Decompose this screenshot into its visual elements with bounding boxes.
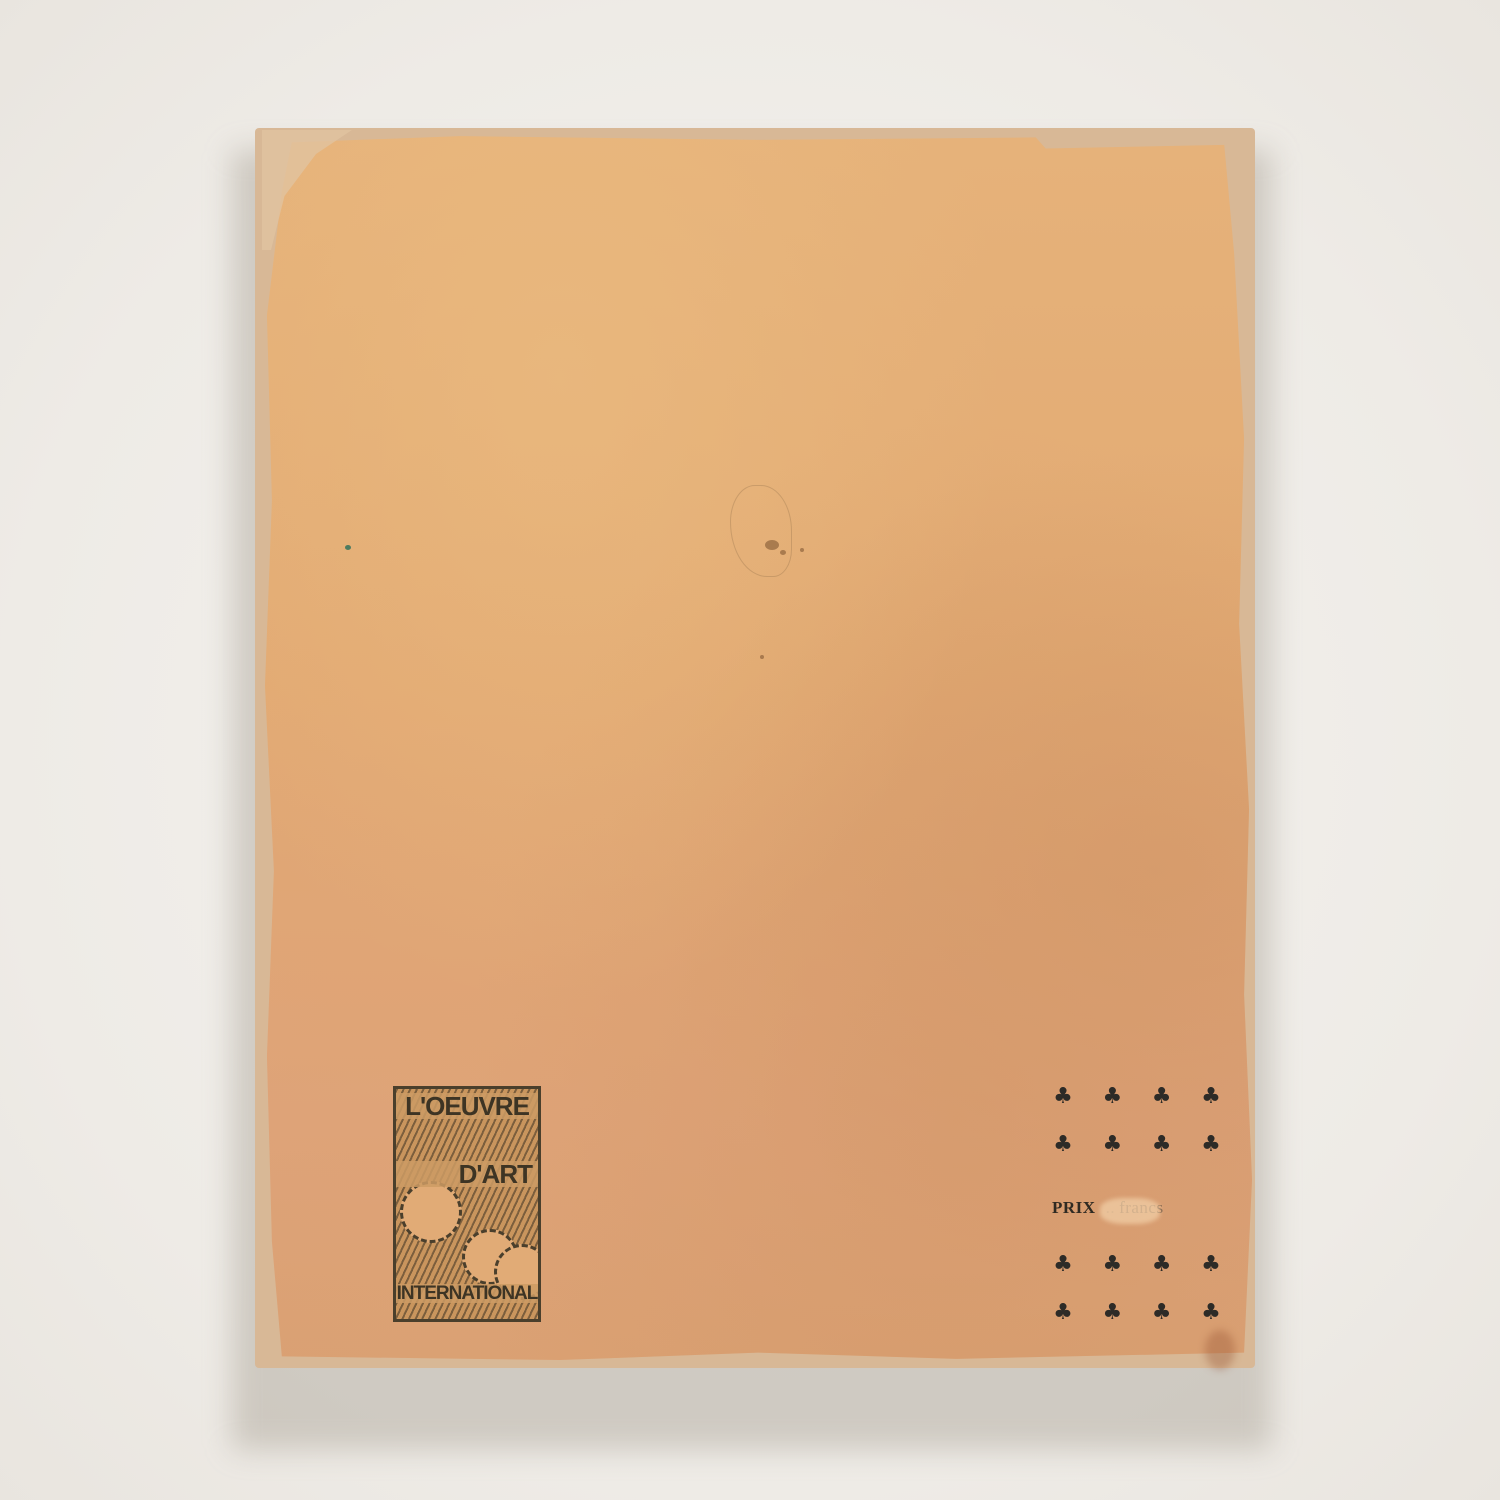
paper-tear: [1100, 1198, 1160, 1224]
club-ornament-icon: ♣: [1101, 1254, 1123, 1276]
ornament-row: ♣ ♣ ♣ ♣: [1052, 1086, 1222, 1108]
ornament-row: ♣ ♣ ♣ ♣: [1052, 1302, 1222, 1324]
club-ornament-icon: ♣: [1200, 1254, 1222, 1276]
damp-stain: [1205, 1330, 1235, 1370]
club-ornament-icon: ♣: [1200, 1302, 1222, 1324]
logo-text-line1: L'OEUVRE: [396, 1093, 538, 1119]
logo-text-line2: D'ART: [396, 1161, 538, 1187]
club-ornament-icon: ♣: [1151, 1302, 1173, 1324]
club-ornament-icon: ♣: [1200, 1134, 1222, 1156]
club-ornament-icon: ♣: [1052, 1302, 1074, 1324]
club-ornament-icon: ♣: [1052, 1254, 1074, 1276]
price-label: PRIX: [1052, 1198, 1096, 1217]
photo-scene: L'OEUVRE D'ART INTERNATIONAL ♣ ♣ ♣ ♣ ♣ ♣…: [0, 0, 1500, 1500]
club-ornament-icon: ♣: [1200, 1086, 1222, 1108]
club-ornament-icon: ♣: [1101, 1302, 1123, 1324]
publisher-logo: L'OEUVRE D'ART INTERNATIONAL: [393, 1086, 541, 1322]
club-ornament-icon: ♣: [1151, 1134, 1173, 1156]
ornament-row: ♣ ♣ ♣ ♣: [1052, 1134, 1222, 1156]
ornament-row: ♣ ♣ ♣ ♣: [1052, 1254, 1222, 1276]
club-ornament-icon: ♣: [1101, 1134, 1123, 1156]
ink-speck: [345, 545, 351, 550]
club-ornament-icon: ♣: [1101, 1086, 1123, 1108]
club-ornament-icon: ♣: [1151, 1254, 1173, 1276]
dirt-stain: [760, 655, 764, 659]
logo-circle: [400, 1181, 462, 1243]
dirt-stain: [800, 548, 804, 552]
club-ornament-icon: ♣: [1052, 1134, 1074, 1156]
logo-text-line3: INTERNATIONAL: [396, 1284, 538, 1303]
club-ornament-icon: ♣: [1052, 1086, 1074, 1108]
club-ornament-icon: ♣: [1151, 1086, 1173, 1108]
